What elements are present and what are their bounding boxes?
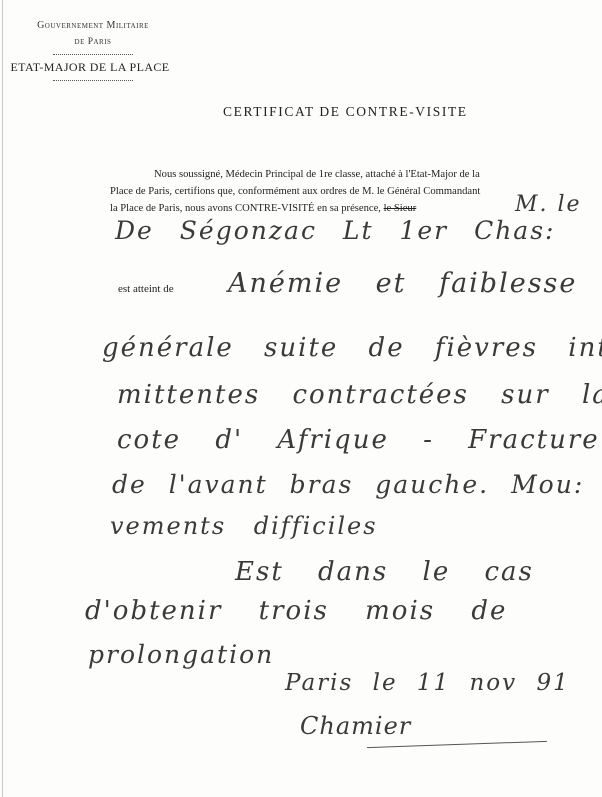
diagnosis-line-3: mittentes contractées sur la (117, 380, 602, 410)
afflicted-label: est atteint de (118, 283, 174, 295)
struck-text: le Sieur (384, 203, 417, 214)
printed-line-3-text: la Place de Paris, nous avons CONTRE-VIS… (110, 203, 384, 214)
recommendation-line-3: prolongation (88, 640, 274, 669)
handwritten-title-insert: M. le (515, 192, 582, 217)
signature-underline (367, 741, 547, 748)
letterhead-line-1: Gouvernement Militaire (8, 20, 178, 31)
signature: Chamier (300, 712, 411, 740)
letterhead-line-2: de Paris (8, 37, 178, 47)
diagnosis-line-4: cote d' Afrique - Fracture (117, 425, 600, 455)
letterhead: Gouvernement Militaire de Paris ETAT-MAJ… (8, 20, 178, 81)
diagnosis-line-1: Anémie et faiblesse (228, 268, 577, 299)
place-and-date: Paris le 11 nov 91 (285, 670, 570, 696)
printed-line-1: Nous soussigné, Médecin Principal de 1re… (110, 166, 600, 183)
scan-edge (2, 0, 3, 797)
diagnosis-line-6: vements difficiles (110, 512, 378, 540)
document-page: Gouvernement Militaire de Paris ETAT-MAJ… (0, 0, 602, 797)
letterhead-divider (53, 54, 133, 55)
letterhead-line-3: ETAT-MAJOR DE LA PLACE (2, 60, 178, 75)
document-title: CERTIFICAT DE CONTRE-VISITE (223, 104, 468, 120)
recommendation-line-2: d'obtenir trois mois de (85, 596, 507, 626)
recommendation-line-1: Est dans le cas (235, 557, 534, 587)
letterhead-divider-2 (53, 80, 133, 81)
diagnosis-line-5: de l'avant bras gauche. Mou: (112, 470, 584, 499)
diagnosis-line-2: générale suite de fièvres inter: (102, 333, 602, 363)
handwritten-patient-name: De Ségonzac Lt 1er Chas: (115, 216, 555, 245)
